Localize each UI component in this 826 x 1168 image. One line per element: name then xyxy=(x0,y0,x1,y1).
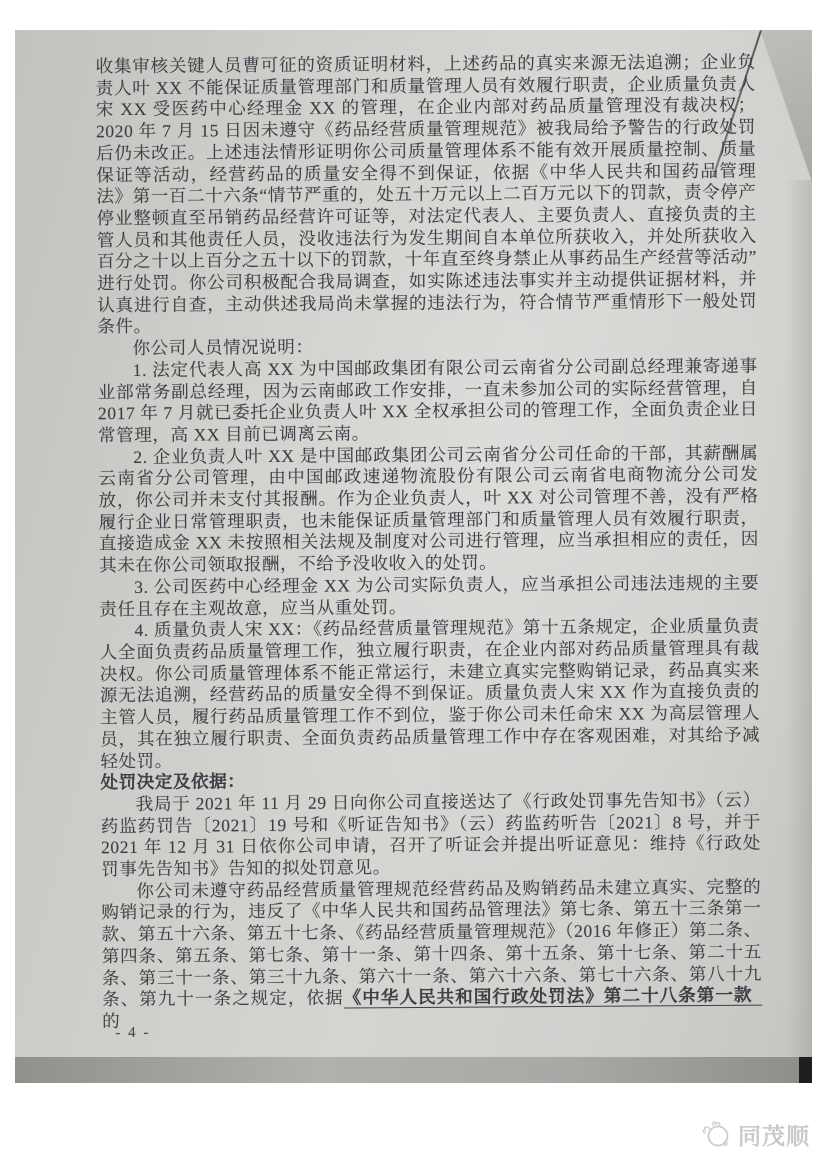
paragraph-item-3: 3. 公司医药中心经理金 XX 为公司实际负责人，应当承担公司违法违规的主要责任… xyxy=(99,572,759,620)
brand-name: 同茂顺 xyxy=(738,1118,810,1151)
scribble-cat-logo-icon xyxy=(700,1119,734,1149)
screenshot-canvas: 收集审核关键人员曹可征的资质证明材料，上述药品的真实来源无法追溯；企业负责人叶 … xyxy=(0,0,826,1168)
paragraph-item-2: 2. 企业负责人叶 XX 是中国邮政集团公司云南省分公司任命的干部，其薪酬属云南… xyxy=(98,442,759,577)
paragraph-continuation: 收集审核关键人员曹可征的资质证明材料，上述药品的真实来源无法追溯；企业负责人叶 … xyxy=(95,52,757,339)
paragraph-item-4: 4. 质量负责人宋 XX：《药品经营质量管理规范》第十五条规定，企业质量负责人全… xyxy=(99,616,760,773)
paragraph-notice-delivery: 我局于 2021 年 11 月 29 日向你公司直接送达了《行政处罚事先告知书》… xyxy=(101,789,762,880)
watermark: 同茂顺 xyxy=(700,1117,812,1151)
page-number: - 4 - xyxy=(115,1025,150,1042)
text-layer: 收集审核关键人员曹可征的资质证明材料，上述药品的真实来源无法追溯；企业负责人叶 … xyxy=(15,30,812,1083)
document-photo: 收集审核关键人员曹可征的资质证明材料，上述药品的真实来源无法追溯；企业负责人叶 … xyxy=(15,30,812,1083)
paragraph-item-1: 1. 法定代表人高 XX 为中国邮政集团有限公司云南省分公司副总经理兼寄递事业部… xyxy=(98,355,759,446)
paragraph-violation-basis: 你公司未遵守药品经营质量管理规范经营药品及购销药品未建立真实、完整的购销记录的行… xyxy=(101,876,762,1033)
law-citation-underlined: 《中华人民共和国行政处罚法》第二十八条第一款 xyxy=(344,985,763,1009)
document-body-text: 收集审核关键人员曹可征的资质证明材料，上述药品的真实来源无法追溯；企业负责人叶 … xyxy=(95,52,762,1033)
